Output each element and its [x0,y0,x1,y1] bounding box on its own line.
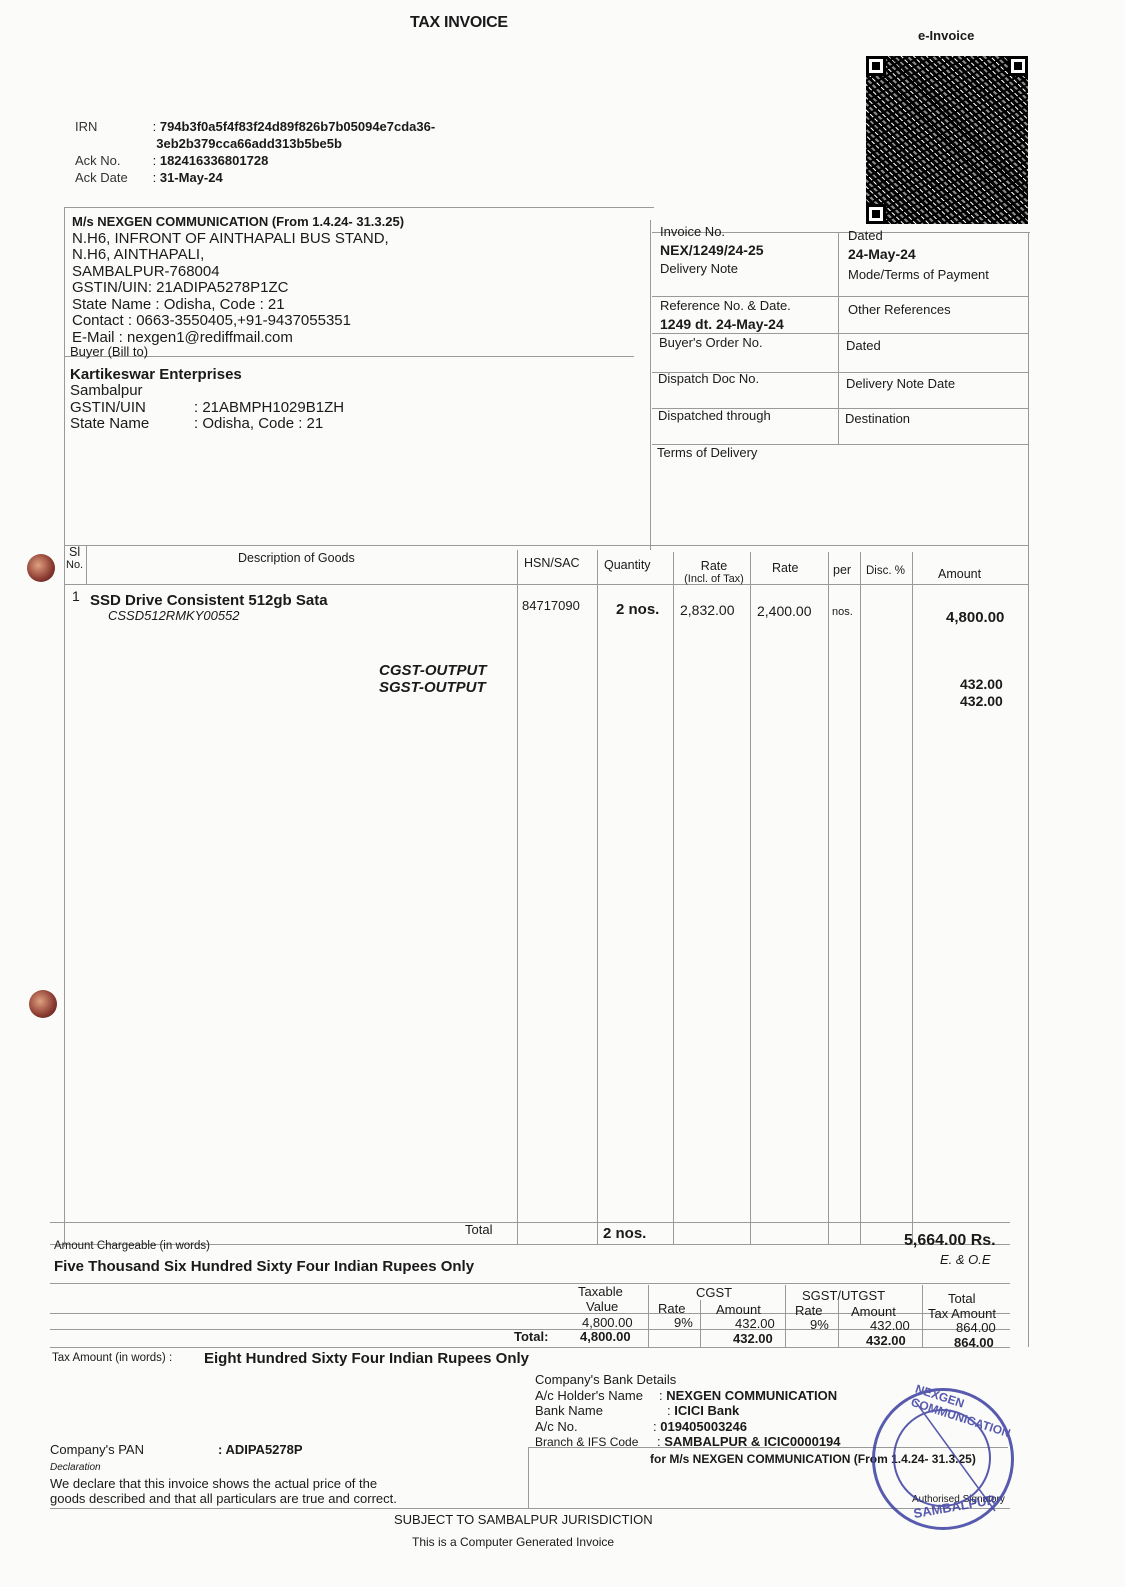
buyer-name: Kartikeswar Enterprises [70,367,344,384]
value-header: Value [586,1299,618,1314]
declaration-label: Declaration [50,1462,101,1473]
delivery-note-label: Delivery Note [660,261,738,276]
mode-terms-label: Mode/Terms of Payment [848,267,989,282]
bank-title: Company's Bank Details [535,1372,841,1388]
dated-label: Dated [848,228,883,243]
total-amount: 5,664.00 Rs. [904,1232,996,1250]
pan-row: Company's PAN: ADIPA5278P [50,1442,303,1457]
sgst-output-label: SGST-OUTPUT [379,679,486,696]
pan-label: Company's PAN [50,1442,218,1457]
eoe-label: E. & O.E [940,1252,991,1267]
seller-address-line: N.H6, INFRONT OF AINTHAPALI BUS STAND, [72,231,404,248]
invoice-no-value: NEX/1249/24-25 [660,242,764,258]
amount-words-label: Amount Chargeable (in words) [54,1240,210,1252]
tax-amount-header: Tax Amount [928,1306,996,1321]
ack-date-label: Ack Date [75,169,149,186]
item-amount: 4,800.00 [946,609,1004,626]
total-label: Total [465,1222,492,1237]
seller-contact: Contact : 0663-3550405,+91-9437055351 [72,313,404,330]
buyer-label: Buyer (Bill to) [70,344,344,361]
row-cgst-rate: 9% [674,1315,693,1330]
total-quantity: 2 nos. [603,1225,646,1242]
invoice-no-label: Invoice No. [660,224,725,239]
dated-cell: Dated 24-May-24 [848,228,916,262]
row-sgst-amount: 432.00 [870,1318,910,1333]
dated-value: 24-May-24 [848,246,916,262]
bank-name: ICICI Bank [674,1403,739,1418]
cgst-rate-header: Rate [658,1301,685,1316]
col-sl-header: Sl No. [66,545,83,571]
seller-address-line: N.H6, AINTHAPALI, [72,247,404,264]
sgst-rate-header: Rate [795,1303,822,1318]
amount-words-value: Five Thousand Six Hundred Sixty Four Ind… [54,1258,474,1275]
item-rate-incl: 2,832.00 [680,602,735,618]
tax-total-cgst: 432.00 [733,1331,773,1346]
computer-generated-text: This is a Computer Generated Invoice [412,1535,614,1549]
col-amount-header: Amount [938,567,981,581]
irn-label: IRN [75,118,149,135]
col-disc-header: Disc. % [866,565,905,577]
col-quantity-header: Quantity [604,558,651,572]
tax-total-amount: 864.00 [954,1335,994,1350]
col-rate-incl-header: Rate (Incl. of Tax) [678,559,750,585]
ack-no-value: 182416336801728 [160,153,268,168]
buyer-gstin: : 21ABMPH1029B1ZH [194,399,344,416]
bank-branch-label: Branch & IFS Code [535,1435,657,1451]
buyer-state-label: State Name [70,416,194,433]
tax-total-sgst: 432.00 [866,1333,906,1348]
ack-date-value: 31-May-24 [160,170,223,185]
ack-no-label: Ack No. [75,152,149,169]
buyers-order-label: Buyer's Order No. [659,335,763,350]
sgst-amount-header: Amount [851,1304,896,1319]
seller-state: State Name : Odisha, Code : 21 [72,297,404,314]
cgst-header: CGST [696,1285,732,1300]
tax-words-label: Tax Amount (in words) : [52,1352,172,1364]
seller-name: M/s NEXGEN COMMUNICATION (From 1.4.24- 3… [72,214,404,231]
document-title: TAX INVOICE [410,14,508,32]
item-description: SSD Drive Consistent 512gb Sata [90,592,328,609]
seller-block: M/s NEXGEN COMMUNICATION (From 1.4.24- 3… [72,214,404,346]
sgst-header: SGST/UTGST [802,1288,885,1303]
bank-holder: NEXGEN COMMUNICATION [666,1388,837,1403]
irn-value-cont: 3eb2b379cca66add313b5be5b [156,136,342,151]
tax-total-label: Total: [514,1329,548,1344]
qr-code-icon [866,56,1028,224]
terms-delivery-label: Terms of Delivery [657,445,757,460]
total-tax-header: Total [948,1291,975,1306]
item-per: nos. [832,606,853,618]
buyer-city: Sambalpur [70,383,344,400]
reference-label: Reference No. & Date. [660,298,791,313]
buyer-gstin-label: GSTIN/UIN [70,400,194,417]
bank-acno: 019405003246 [660,1419,747,1434]
bank-acno-label: A/c No. [535,1419,653,1435]
cgst-output-amount: 432.00 [960,676,1003,692]
dispatched-through-label: Dispatched through [658,408,771,423]
item-quantity: 2 nos. [616,601,659,618]
row-sgst-rate: 9% [810,1317,829,1332]
bank-name-label: Bank Name [535,1403,667,1419]
invoice-no-cell: Invoice No. NEX/1249/24-25 [660,224,764,258]
item-hsn: 84717090 [522,598,580,613]
jurisdiction-text: SUBJECT TO SAMBALPUR JURISDICTION [394,1512,653,1527]
buyer-block: Buyer (Bill to) Kartikeswar Enterprises … [70,344,344,433]
row-cgst-amount: 432.00 [735,1316,775,1331]
tax-words-value: Eight Hundred Sixty Four Indian Rupees O… [204,1350,529,1367]
e-invoice-label: e-Invoice [918,28,974,43]
col-per-header: per [833,563,851,577]
bank-holder-label: A/c Holder's Name [535,1388,659,1404]
delivery-note-date-label: Delivery Note Date [846,376,955,391]
reference-value: 1249 dt. 24-May-24 [660,316,791,332]
irn-block: IRN : 794b3f0a5f4f83f24d89f826b7b05094e7… [75,118,435,186]
seller-address-line: SAMBALPUR-768004 [72,264,404,281]
dated2-label: Dated [846,338,881,353]
punch-hole [27,554,55,582]
item-sl: 1 [72,588,80,604]
seller-gstin: GSTIN/UIN: 21ADIPA5278P1ZC [72,280,404,297]
destination-label: Destination [845,411,910,426]
buyer-state: : Odisha, Code : 21 [194,415,323,432]
col-description-header: Description of Goods [238,551,355,565]
sgst-output-amount: 432.00 [960,693,1003,709]
taxable-header: Taxable [578,1284,623,1299]
pan-value: : ADIPA5278P [218,1442,303,1457]
cgst-output-label: CGST-OUTPUT [379,662,487,679]
item-part-no: CSSD512RMKY00552 [108,608,240,623]
item-rate: 2,400.00 [757,603,812,619]
reference-cell: Reference No. & Date. 1249 dt. 24-May-24 [660,298,791,332]
punch-hole [29,990,57,1018]
other-references-label: Other References [848,302,951,317]
col-rate-header: Rate [772,561,798,575]
row-taxable-value: 4,800.00 [582,1315,633,1330]
row-total-tax: 864.00 [956,1320,996,1335]
tax-total-taxable: 4,800.00 [580,1329,631,1344]
company-seal-icon: NEXGEN COMMUNICATION SAMBALPUR [872,1388,1014,1530]
declaration-text: We declare that this invoice shows the a… [50,1476,397,1506]
irn-value: 794b3f0a5f4f83f24d89f826b7b05094e7cda36- [160,119,435,134]
cgst-amount-header: Amount [716,1302,761,1317]
col-hsn-header: HSN/SAC [524,556,580,570]
bank-details: Company's Bank Details A/c Holder's Name… [535,1372,841,1451]
dispatch-doc-label: Dispatch Doc No. [658,371,759,386]
